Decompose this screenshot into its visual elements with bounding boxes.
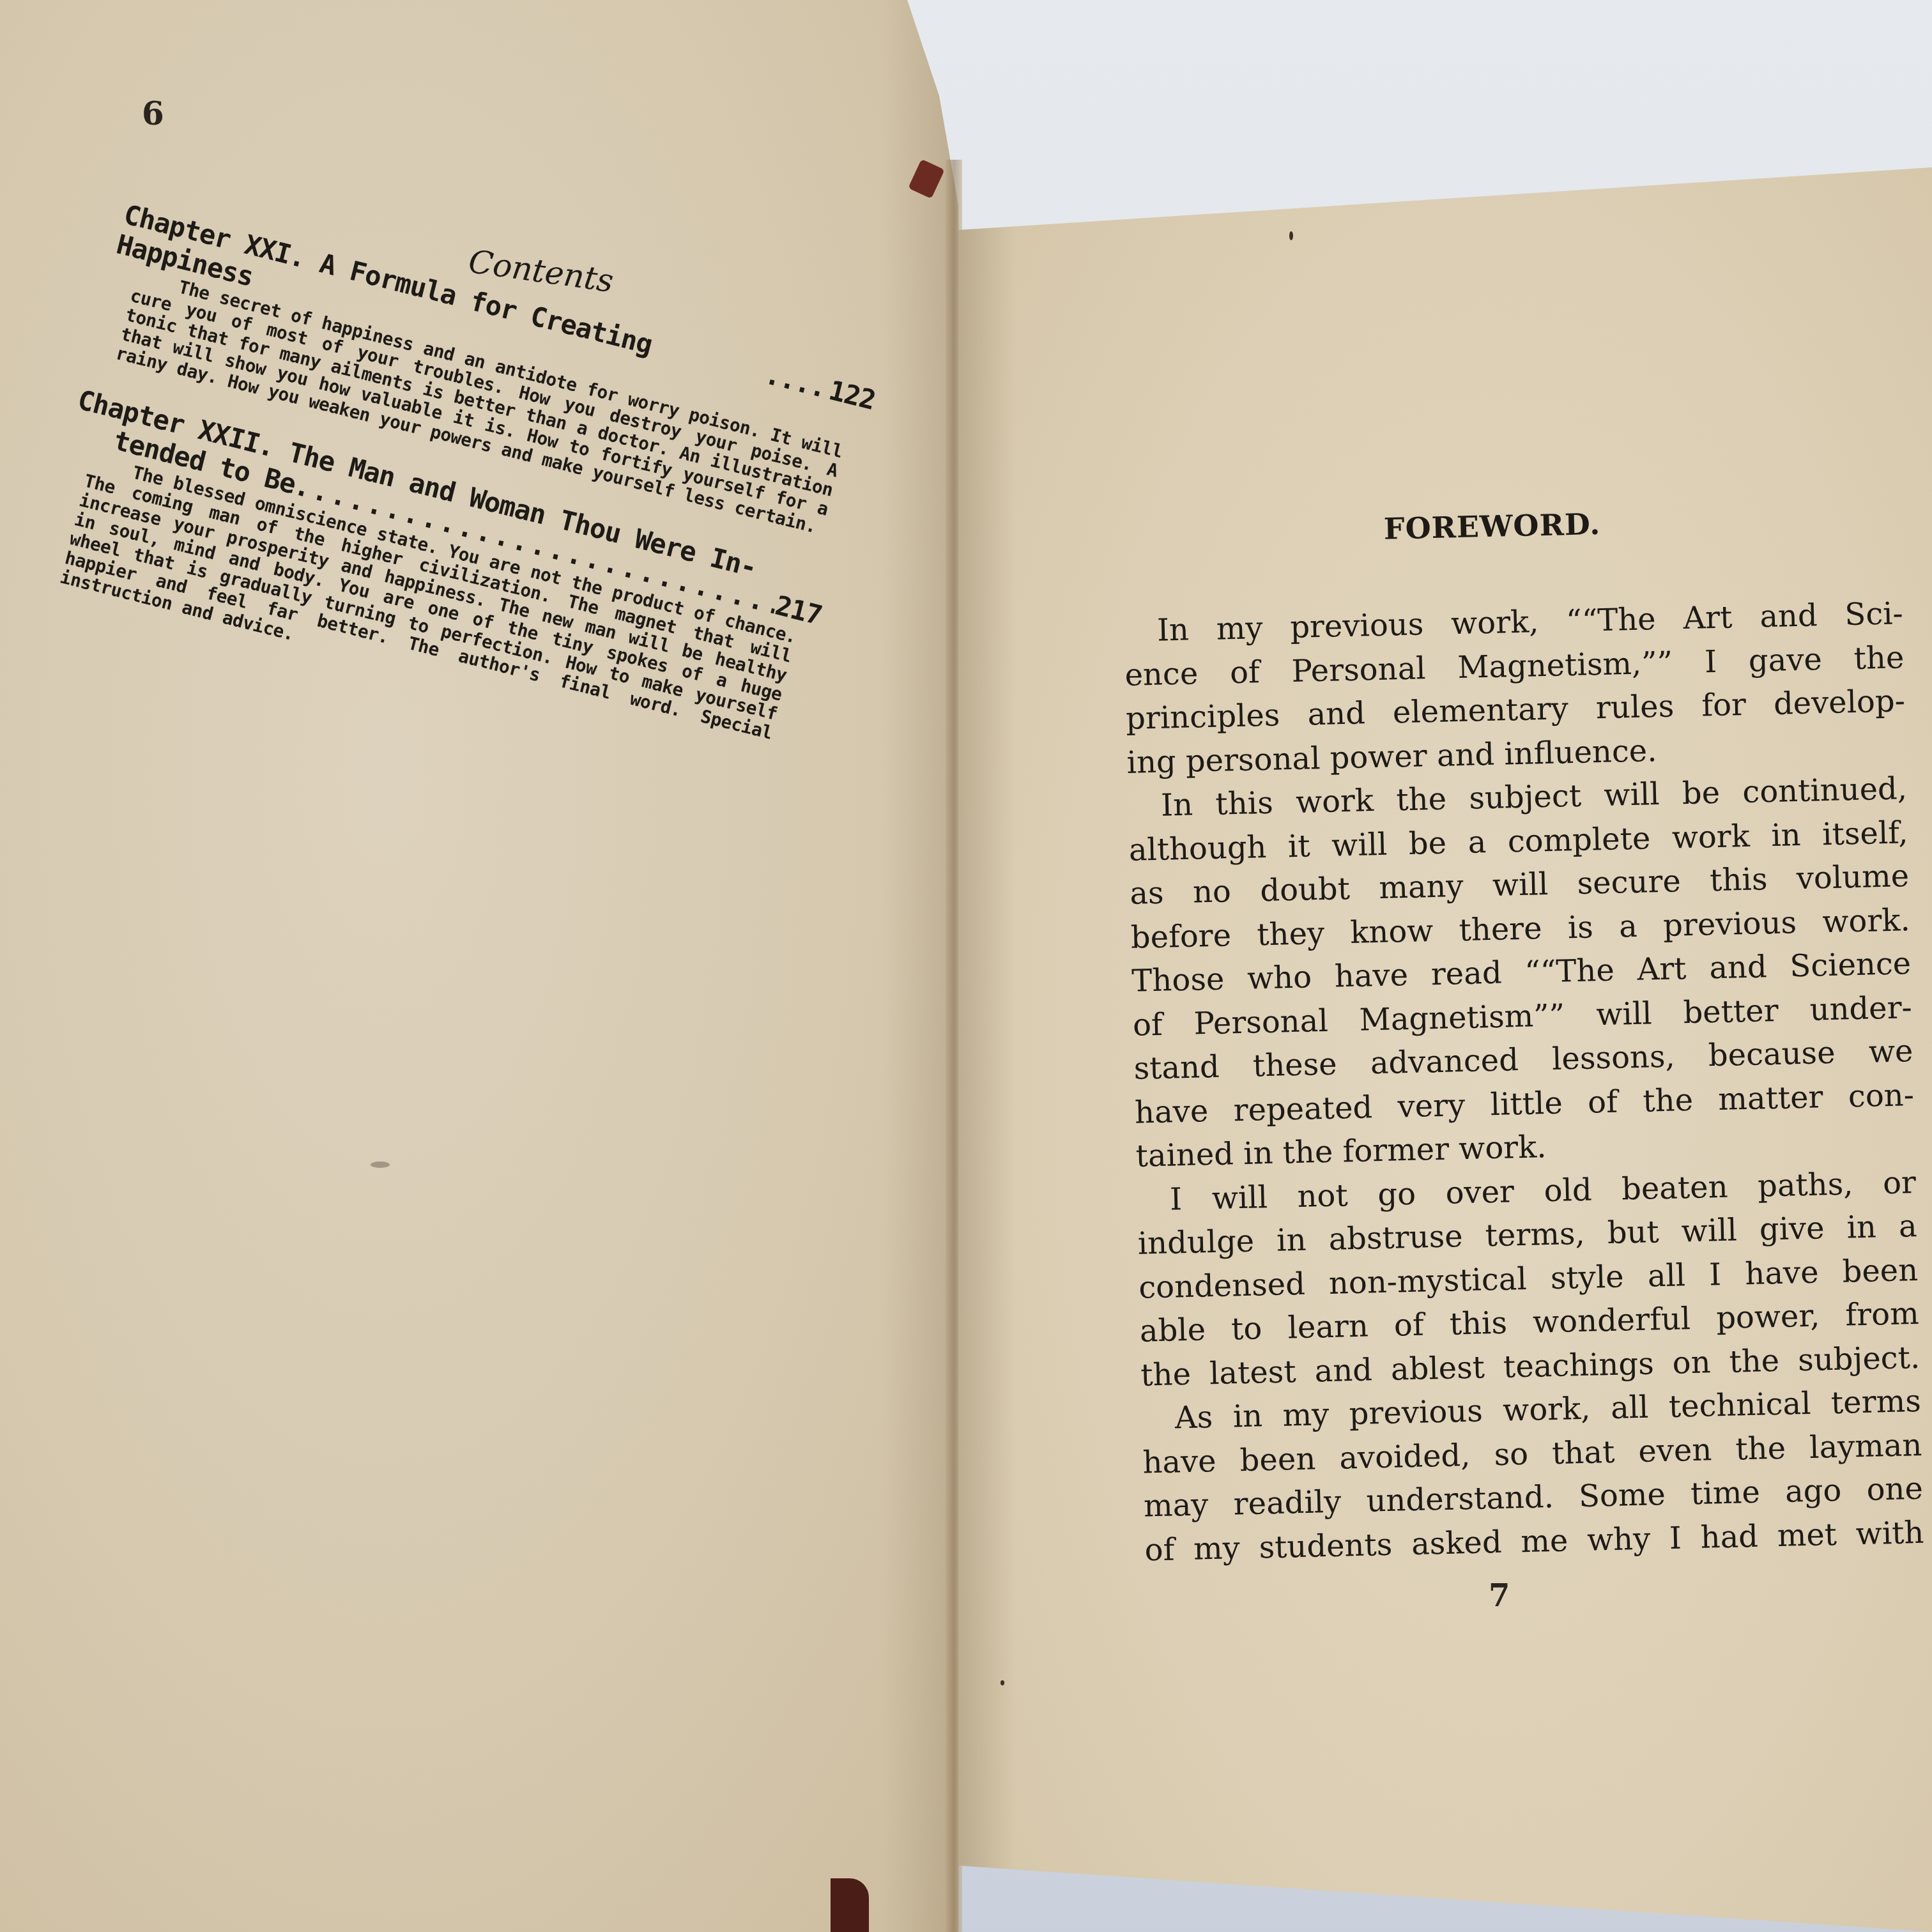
left-page: 6 Contents Chapter XXI. A Formula for Cr… (0, 0, 958, 1932)
open-book: 6 Contents Chapter XXI. A Formula for Cr… (0, 0, 1932, 1932)
chapter-page-number: 122 (818, 375, 878, 446)
paper-speck (371, 1161, 390, 1168)
foreword-section: FOREWORD. In my previous work, ““The Art… (1121, 500, 1924, 1572)
foreword-body: In my previous work, ““The Art and Sci- … (1123, 592, 1924, 1572)
cover-edge (831, 1878, 869, 1932)
table-of-contents: Contents Chapter XXI. A Formula for Crea… (33, 176, 884, 767)
paper-speck (1000, 1680, 1004, 1685)
page-number-right: 7 (1489, 1578, 1510, 1614)
paper-speck (1289, 231, 1293, 240)
page-number-left: 6 (142, 95, 164, 132)
